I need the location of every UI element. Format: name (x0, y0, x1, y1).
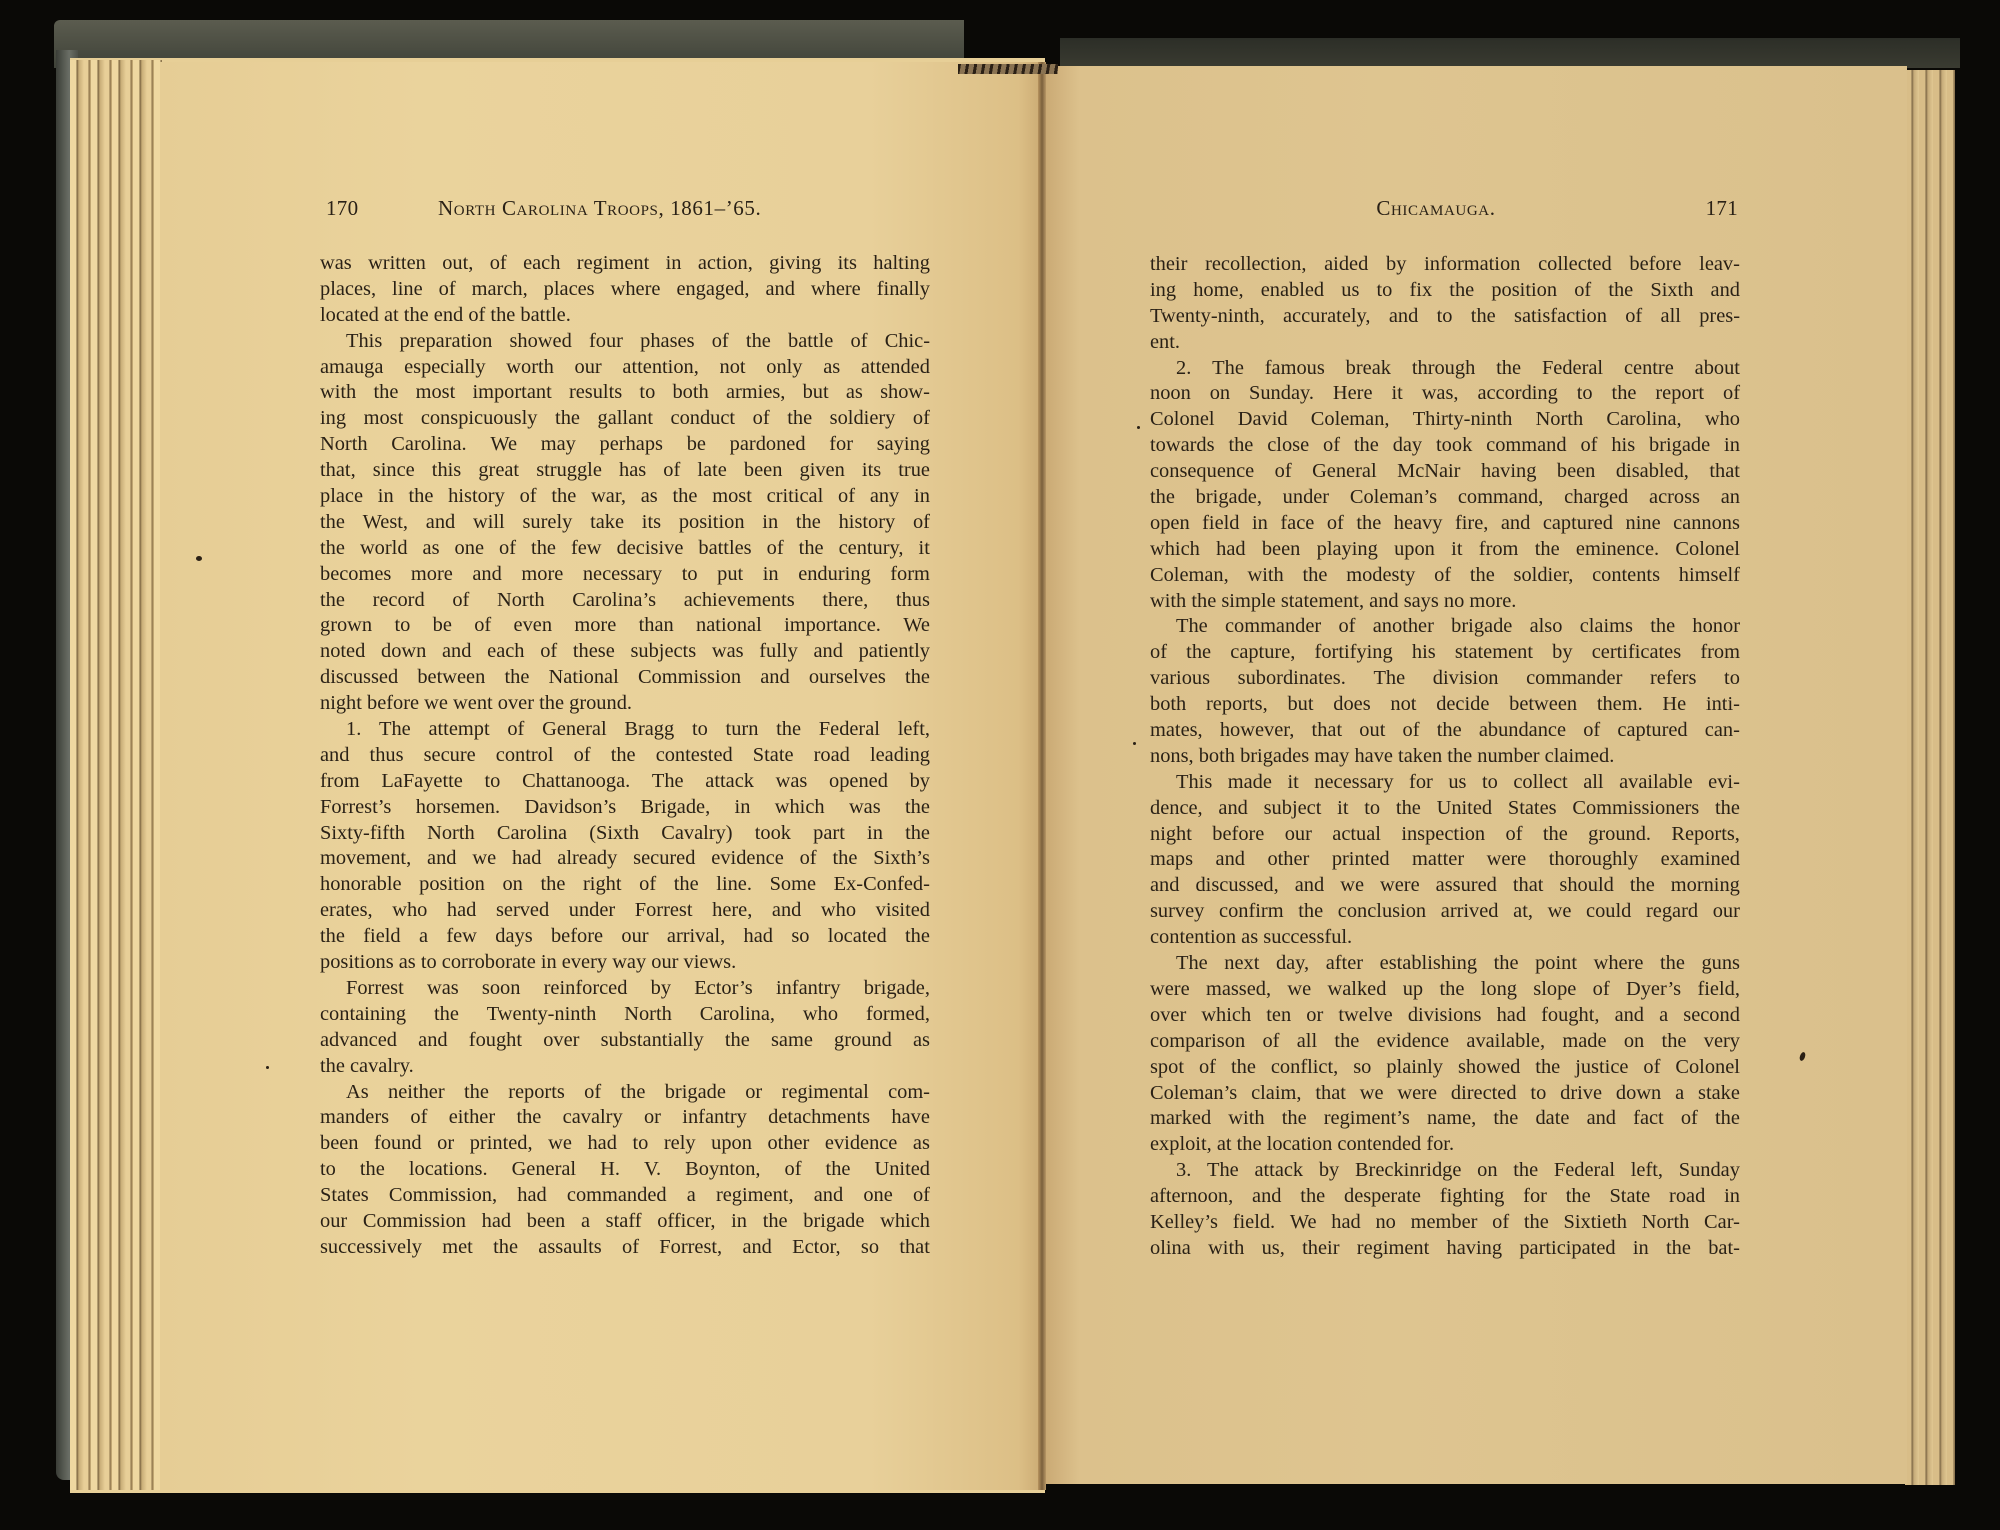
text-line: nons, both brigades may have taken the n… (1150, 744, 1740, 770)
text-line: openfieldinfaceoftheheavyfire,andcapture… (1150, 511, 1740, 537)
text-line: 3.TheattackbyBreckinridgeontheFederallef… (1150, 1158, 1740, 1184)
text-line: with the simple statement, and says no m… (1150, 589, 1740, 615)
text-line: places,lineofmarch,placeswhereengaged,an… (320, 277, 930, 303)
paper-speck (196, 556, 202, 561)
text-line: nightbeforeouractualinspectionofthegroun… (1150, 822, 1740, 848)
text-line: andthussecurecontrolofthecontestedStater… (320, 743, 930, 769)
spine-stitching (958, 64, 1058, 74)
right-page-body: theirrecollection,aidedbyinformationcoll… (1150, 252, 1740, 1262)
text-line: movement,andwehadalreadysecuredevidenceo… (320, 846, 930, 872)
text-line: ofthecapture,fortifyinghisstatementbycer… (1150, 640, 1740, 666)
text-line: growntobeofevenmorethannationalimportanc… (320, 613, 930, 639)
book-gutter (1038, 62, 1046, 1490)
text-line: dence,andsubjectittotheUnitedStatesCommi… (1150, 796, 1740, 822)
page-edges-left (70, 60, 162, 1490)
text-line: Thecommanderofanotherbrigadealsoclaimsth… (1150, 614, 1740, 640)
text-line: Thispreparationshowedfourphasesofthebatt… (320, 329, 930, 355)
left-page-body: waswrittenout,ofeachregimentinaction,giv… (320, 251, 930, 1261)
text-line: weremassed,wewalkedupthelongslopeofDyer’… (1150, 977, 1740, 1003)
text-line: 2.ThefamousbreakthroughtheFederalcentrea… (1150, 356, 1740, 382)
text-line: StatesCommission,hadcommandedaregiment,a… (320, 1183, 930, 1209)
text-line: Twenty-ninth,accurately,andtothesatisfac… (1150, 304, 1740, 330)
running-head-title-left: North Carolina Troops, 1861–’65. (438, 196, 761, 221)
text-line: becomesmoreandmorenecessarytoputinenduri… (320, 562, 930, 588)
text-line: comparisonofalltheevidenceavailable,made… (1150, 1029, 1740, 1055)
text-line: surveyconfirmtheconclusionarrivedat,weco… (1150, 899, 1740, 925)
right-running-head: Chicamauga. 171 (1152, 196, 1738, 226)
text-line: thebrigade,underColeman’scommand,charged… (1150, 485, 1740, 511)
paper-speck (266, 1066, 269, 1069)
page-number-left: 170 (326, 196, 438, 221)
text-line: located at the end of the battle. (320, 303, 930, 329)
text-line: ourCommissionhadbeenastaffofficer,intheb… (320, 1209, 930, 1235)
text-line: waswrittenout,ofeachregimentinaction,giv… (320, 251, 930, 277)
text-line: afternoon,andthedesperatefightingfortheS… (1150, 1184, 1740, 1210)
text-line: ent. (1150, 330, 1740, 356)
text-line: erates,whohadservedunderForresthere,andw… (320, 898, 930, 924)
page-number-right: 171 (1706, 196, 1738, 221)
paper-speck (1133, 742, 1136, 745)
text-line: NorthCarolina.Wemayperhapsbepardonedfors… (320, 432, 930, 458)
paper-speck (1137, 426, 1140, 429)
text-line: theirrecollection,aidedbyinformationcoll… (1150, 252, 1740, 278)
text-line: mates,however,thatoutoftheabundanceofcap… (1150, 718, 1740, 744)
text-line: mapsandotherprintedmatterwerethoroughlye… (1150, 847, 1740, 873)
text-line: consequenceofGeneralMcNairhavingbeendisa… (1150, 459, 1740, 485)
text-line: contention as successful. (1150, 925, 1740, 951)
text-line: ingmostconspicuouslythegallantconductoft… (320, 406, 930, 432)
text-line: 1.TheattemptofGeneralBraggtoturntheFeder… (320, 717, 930, 743)
text-line: Coleman’sclaim,thatweweredirectedtodrive… (1150, 1081, 1740, 1107)
text-line: exploit, at the location contended for. (1150, 1132, 1740, 1158)
text-line: Sixty-fifthNorthCarolina(SixthCavalry)to… (320, 821, 930, 847)
text-line: mandersofeitherthecavalryorinfantrydetac… (320, 1105, 930, 1131)
text-line: Thenextday,afterestablishingthepointwher… (1150, 951, 1740, 977)
text-line: fromLaFayettetoChattanooga.Theattackwaso… (320, 769, 930, 795)
text-line: Thismadeitnecessaryforustocollectallavai… (1150, 770, 1740, 796)
text-line: advancedandfoughtoversubstantiallythesam… (320, 1028, 930, 1054)
text-line: night before we went over the ground. (320, 691, 930, 717)
book-cover-top-right (1060, 38, 1960, 68)
text-line: theWest,andwillsurelytakeitspositioninth… (320, 510, 930, 536)
text-line: noteddownandeachofthesesubjectswasfullya… (320, 639, 930, 665)
text-line: Forrest’shorsemen.Davidson’sBrigade,inwh… (320, 795, 930, 821)
text-line: inghome,enabledustofixthepositionoftheSi… (1150, 278, 1740, 304)
text-line: bothreports,butdoesnotdecidebetweenthem.… (1150, 692, 1740, 718)
text-line: spotoftheconflict,soplainlyshowedthejust… (1150, 1055, 1740, 1081)
text-line: varioussubordinates.Thedivisioncommander… (1150, 666, 1740, 692)
text-line: overwhichtenortwelvedivisionshadfought,a… (1150, 1003, 1740, 1029)
text-line: olinawithus,theirregimenthavingparticipa… (1150, 1236, 1740, 1262)
text-line: anddiscussed,andwewereassuredthatshouldt… (1150, 873, 1740, 899)
text-line: whichhadbeenplayinguponitfromtheeminence… (1150, 537, 1740, 563)
text-line: ColonelDavidColeman,Thirty-ninthNorthCar… (1150, 407, 1740, 433)
text-line: Kelley’sfield.WehadnomemberoftheSixtieth… (1150, 1210, 1740, 1236)
text-line: thefieldafewdaysbeforeourarrival,hadsolo… (320, 924, 930, 950)
text-line: tothelocations.GeneralH.V.Boynton,oftheU… (320, 1157, 930, 1183)
left-running-head: 170 North Carolina Troops, 1861–’65. (326, 196, 930, 226)
text-line: placeinthehistoryofthewar,asthemostcriti… (320, 484, 930, 510)
text-line: containingtheTwenty-ninthNorthCarolina,w… (320, 1002, 930, 1028)
text-line: the cavalry. (320, 1054, 930, 1080)
text-line: honorablepositionontherightoftheline.Som… (320, 872, 930, 898)
running-head-title-right: Chicamauga. (1376, 196, 1495, 221)
text-line: amaugaespeciallyworthourattention,notonl… (320, 355, 930, 381)
text-line: discussedbetweentheNationalCommissionand… (320, 665, 930, 691)
text-line: Asneitherthereportsofthebrigadeorregimen… (320, 1080, 930, 1106)
text-line: theworldasoneofthefewdecisivebattlesofth… (320, 536, 930, 562)
text-line: therecordofNorthCarolina’sachievementsth… (320, 588, 930, 614)
page-edges-right (1905, 70, 1955, 1485)
text-line: that,sincethisgreatstrugglehasoflatebeen… (320, 458, 930, 484)
text-line: ForrestwassoonreinforcedbyEctor’sinfantr… (320, 976, 930, 1002)
text-line: Coleman,withthemodestyofthesoldier,conte… (1150, 563, 1740, 589)
text-line: positions as to corroborate in every way… (320, 950, 930, 976)
text-line: markedwiththeregiment’sname,thedateandfa… (1150, 1106, 1740, 1132)
text-line: towardsthecloseofthedaytookcommandofhisb… (1150, 433, 1740, 459)
text-line: beenfoundorprinted,wehadtorelyuponothere… (320, 1131, 930, 1157)
text-line: successivelymettheassaultsofForrest,andE… (320, 1235, 930, 1261)
text-line: withthemostimportantresultstobotharmies,… (320, 380, 930, 406)
text-line: noononSunday.Hereitwas,accordingtotherep… (1150, 381, 1740, 407)
